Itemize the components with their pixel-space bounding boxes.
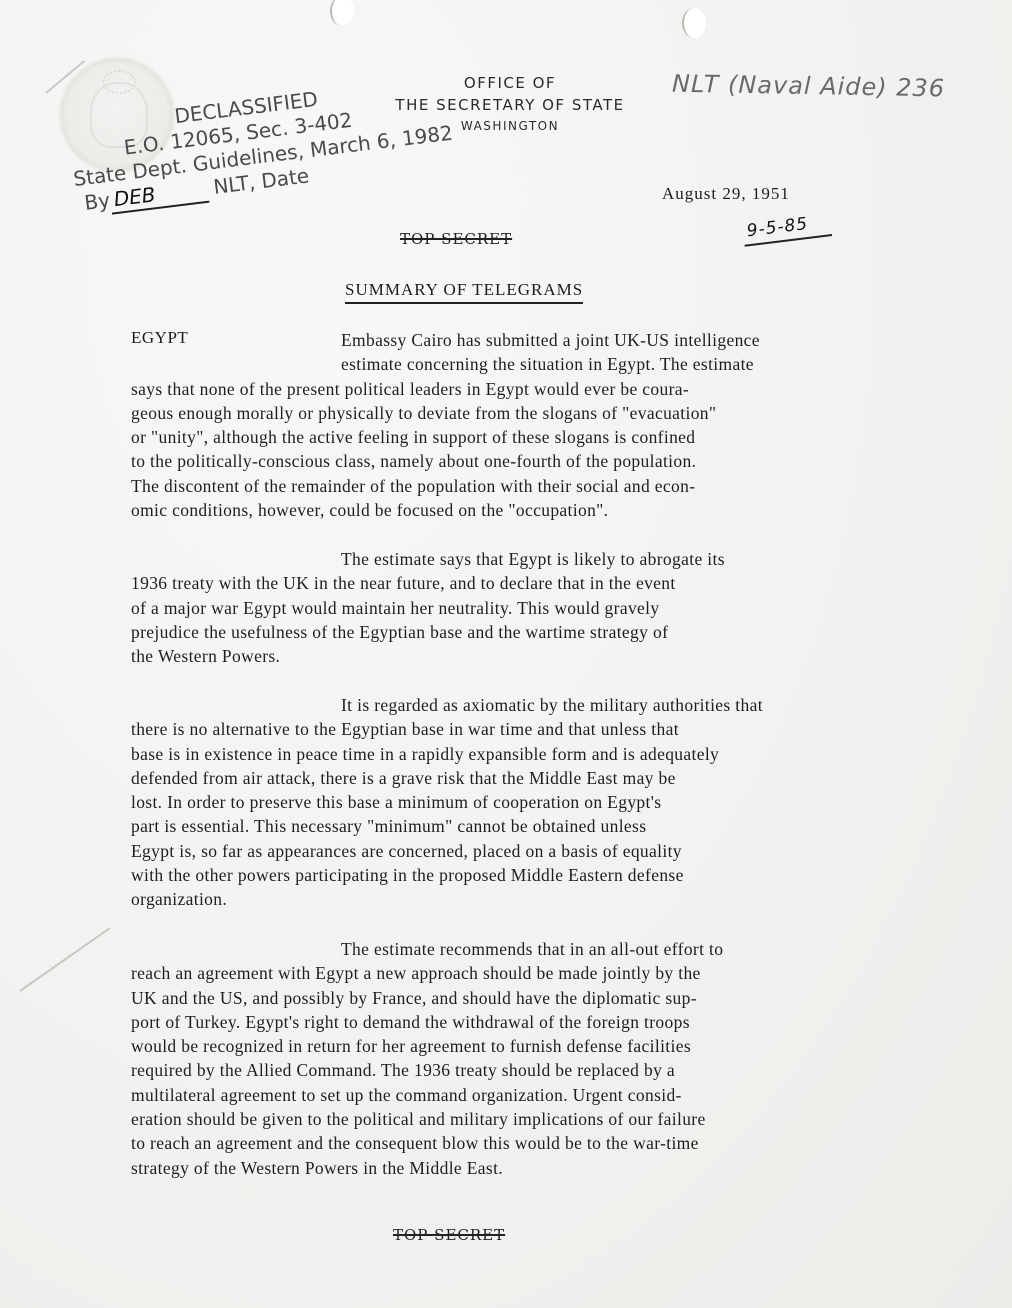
paragraph-3: It is regarded as axiomatic by the milit…	[131, 693, 1001, 912]
paragraph-2: The estimate says that Egypt is likely t…	[131, 547, 1001, 668]
paragraph-line: part is essential. This necessary "minim…	[131, 814, 1001, 838]
paragraph-line: the Western Powers.	[131, 644, 1001, 668]
paragraph-line: base is in existence in peace time in a …	[131, 742, 1001, 766]
paragraph-line: The estimate recommends that in an all-o…	[131, 937, 1001, 961]
handwritten-note: NLT (Naval Aide) 236	[672, 70, 946, 103]
paragraph-line: strategy of the Western Powers in the Mi…	[131, 1156, 1001, 1180]
document-date: August 29, 1951	[662, 184, 790, 204]
paragraph-line: Egypt is, so far as appearances are conc…	[131, 839, 1001, 863]
paragraph-4: The estimate recommends that in an all-o…	[131, 937, 1001, 1180]
punch-hole	[682, 8, 706, 38]
paragraph-line: of a major war Egypt would maintain her …	[131, 596, 1001, 620]
paragraph-line: required by the Allied Command. The 1936…	[131, 1058, 1001, 1082]
paragraph-line: says that none of the present political …	[131, 377, 1001, 401]
paragraph-line: The discontent of the remainder of the p…	[131, 474, 1001, 498]
paragraph-line: The estimate says that Egypt is likely t…	[131, 547, 1001, 571]
punch-hole	[330, 0, 354, 26]
paragraph-1: Embassy Cairo has submitted a joint UK-U…	[131, 328, 1001, 522]
paragraph-line: defended from air attack, there is a gra…	[131, 766, 1001, 790]
paragraph-line: estimate concerning the situation in Egy…	[131, 352, 1001, 376]
paragraph-line: Embassy Cairo has submitted a joint UK-U…	[131, 328, 1001, 352]
document-page: OFFICE OF THE SECRETARY OF STATE WASHING…	[0, 0, 1012, 1308]
classification-marking-top: TOP SECRET	[400, 230, 512, 248]
classification-marking-bottom: TOP SECRET	[393, 1226, 505, 1244]
paragraph-line: It is regarded as axiomatic by the milit…	[131, 693, 1001, 717]
document-title: SUMMARY OF TELEGRAMS	[345, 280, 583, 304]
paragraph-line: would be recognized in return for her ag…	[131, 1034, 1001, 1058]
paragraph-line: eration should be given to the political…	[131, 1107, 1001, 1131]
paragraph-line: port of Turkey. Egypt's right to demand …	[131, 1010, 1001, 1034]
paragraph-line: UK and the US, and possibly by France, a…	[131, 986, 1001, 1010]
paragraph-line: or "unity", although the active feeling …	[131, 425, 1001, 449]
paragraph-line: reach an agreement with Egypt a new appr…	[131, 961, 1001, 985]
paragraph-line: to the politically-conscious class, name…	[131, 449, 1001, 473]
paragraph-line: with the other powers participating in t…	[131, 863, 1001, 887]
paragraph-line: prejudice the usefulness of the Egyptian…	[131, 620, 1001, 644]
paragraph-line: 1936 treaty with the UK in the near futu…	[131, 571, 1001, 595]
paragraph-line: organization.	[131, 887, 1001, 911]
paragraph-line: omic conditions, however, could be focus…	[131, 498, 1001, 522]
stamp-by-label: By	[83, 188, 111, 215]
paragraph-line: geous enough morally or physically to de…	[131, 401, 1001, 425]
paragraph-line: there is no alternative to the Egyptian …	[131, 717, 1001, 741]
pencil-stroke	[19, 927, 110, 992]
paragraph-line: multilateral agreement to set up the com…	[131, 1083, 1001, 1107]
paragraph-line: to reach an agreement and the consequent…	[131, 1131, 1001, 1155]
paragraph-line: lost. In order to preserve this base a m…	[131, 790, 1001, 814]
stamp-date: 9-5-85	[741, 209, 832, 247]
